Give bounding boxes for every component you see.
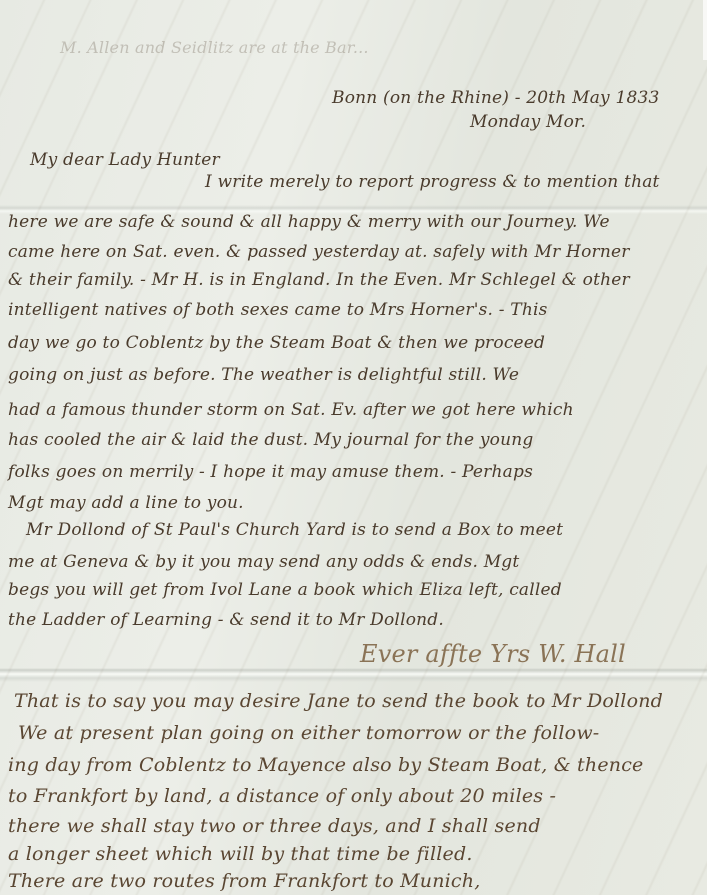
- signature-closing: Ever affte Yrs W. Hall: [360, 640, 626, 668]
- body-line: day we go to Coblentz by the Steam Boat …: [8, 333, 545, 353]
- body-line: intelligent natives of both sexes came t…: [8, 300, 548, 320]
- body-line: came here on Sat. even. & passed yesterd…: [8, 242, 630, 262]
- body-line: & their family. - Mr H. is in England. I…: [8, 270, 630, 290]
- body-line: Mgt may add a line to you.: [8, 493, 244, 513]
- postscript-line: a longer sheet which will by that time b…: [8, 843, 473, 865]
- body-line: here we are safe & sound & all happy & m…: [8, 212, 610, 232]
- postscript-line: to Frankfort by land, a distance of only…: [8, 785, 556, 807]
- body-line: begs you will get from Ivol Lane a book …: [8, 580, 562, 600]
- postscript-line: There are two routes from Frankfort to M…: [8, 870, 480, 892]
- day-line: Monday Mor.: [470, 112, 586, 132]
- body-line: I write merely to report progress & to m…: [205, 172, 660, 192]
- postscript-line: That is to say you may desire Jane to se…: [14, 690, 663, 712]
- paper-edge: [703, 0, 707, 60]
- postscript-line: ing day from Coblentz to Mayence also by…: [8, 754, 644, 776]
- body-line: the Ladder of Learning - & send it to Mr…: [8, 610, 444, 630]
- body-line: going on just as before. The weather is …: [8, 365, 519, 385]
- body-line: had a famous thunder storm on Sat. Ev. a…: [8, 400, 574, 420]
- bleed-through-text: M. Allen and Seidlitz are at the Bar...: [60, 38, 369, 57]
- salutation: My dear Lady Hunter: [30, 150, 220, 170]
- body-line: folks goes on merrily - I hope it may am…: [8, 462, 533, 482]
- postscript-line: We at present plan going on either tomor…: [18, 722, 599, 744]
- body-line: Mr Dollond of St Paul's Church Yard is t…: [26, 520, 563, 540]
- body-line: has cooled the air & laid the dust. My j…: [8, 430, 533, 450]
- body-line: me at Geneva & by it you may send any od…: [8, 552, 519, 572]
- postscript-line: there we shall stay two or three days, a…: [8, 815, 541, 837]
- place-date: Bonn (on the Rhine) - 20th May 1833: [332, 88, 660, 108]
